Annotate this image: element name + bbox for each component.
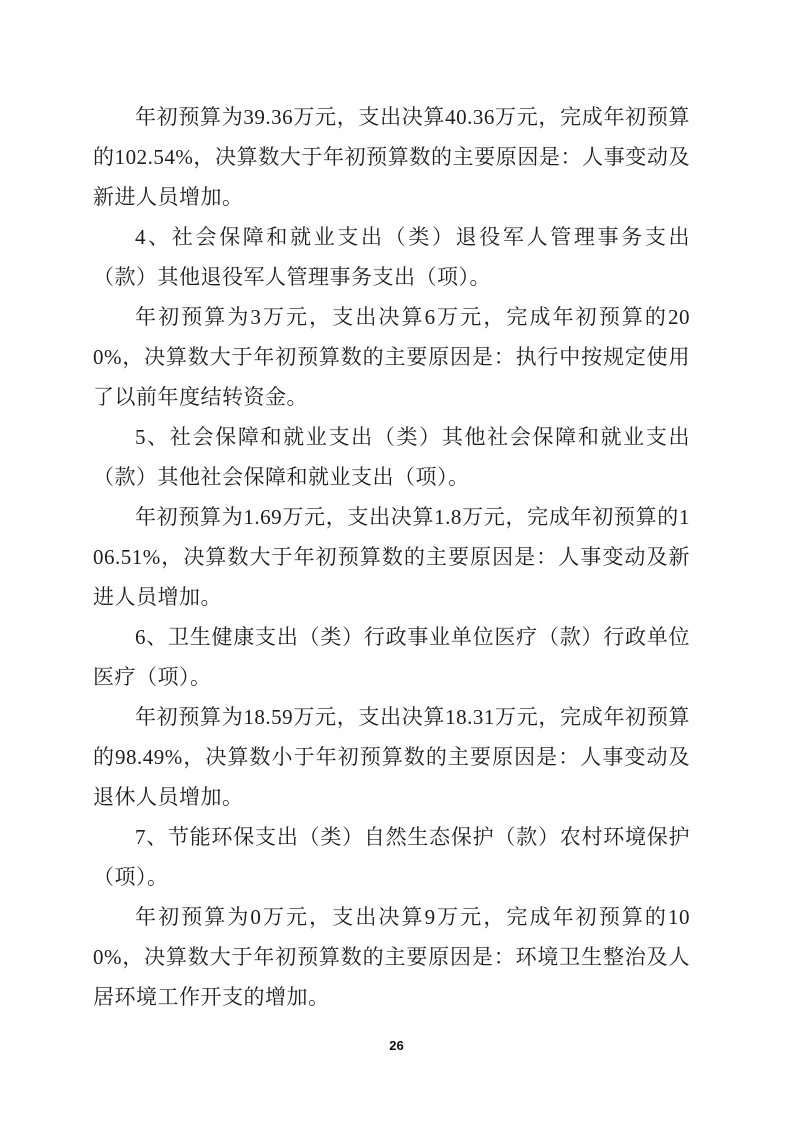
document-body: 年初预算为39.36万元，支出决算40.36万元，完成年初预算的102.54%，…	[93, 97, 690, 1017]
para-detail-item4: 年初预算为3万元，支出决算6万元，完成年初预算的200%，决算数大于年初预算数的…	[93, 297, 690, 417]
heading-item-7: 7、节能环保支出（类）自然生态保护（款）农村环境保护（项）。	[93, 817, 690, 897]
heading-item-5: 5、社会保障和就业支出（类）其他社会保障和就业支出（款）其他社会保障和就业支出（…	[93, 417, 690, 497]
page-number: 26	[0, 1038, 793, 1053]
para-detail-item5: 年初预算为1.69万元，支出决算1.8万元，完成年初预算的106.51%，决算数…	[93, 497, 690, 617]
heading-item-6: 6、卫生健康支出（类）行政事业单位医疗（款）行政单位医疗（项）。	[93, 617, 690, 697]
para-detail-item3: 年初预算为39.36万元，支出决算40.36万元，完成年初预算的102.54%，…	[93, 97, 690, 217]
document-page: 年初预算为39.36万元，支出决算40.36万元，完成年初预算的102.54%，…	[0, 0, 793, 1122]
para-detail-item7: 年初预算为0万元，支出决算9万元，完成年初预算的100%，决算数大于年初预算数的…	[93, 897, 690, 1017]
heading-item-4: 4、社会保障和就业支出（类）退役军人管理事务支出（款）其他退役军人管理事务支出（…	[93, 217, 690, 297]
para-detail-item6: 年初预算为18.59万元，支出决算18.31万元，完成年初预算的98.49%，决…	[93, 697, 690, 817]
